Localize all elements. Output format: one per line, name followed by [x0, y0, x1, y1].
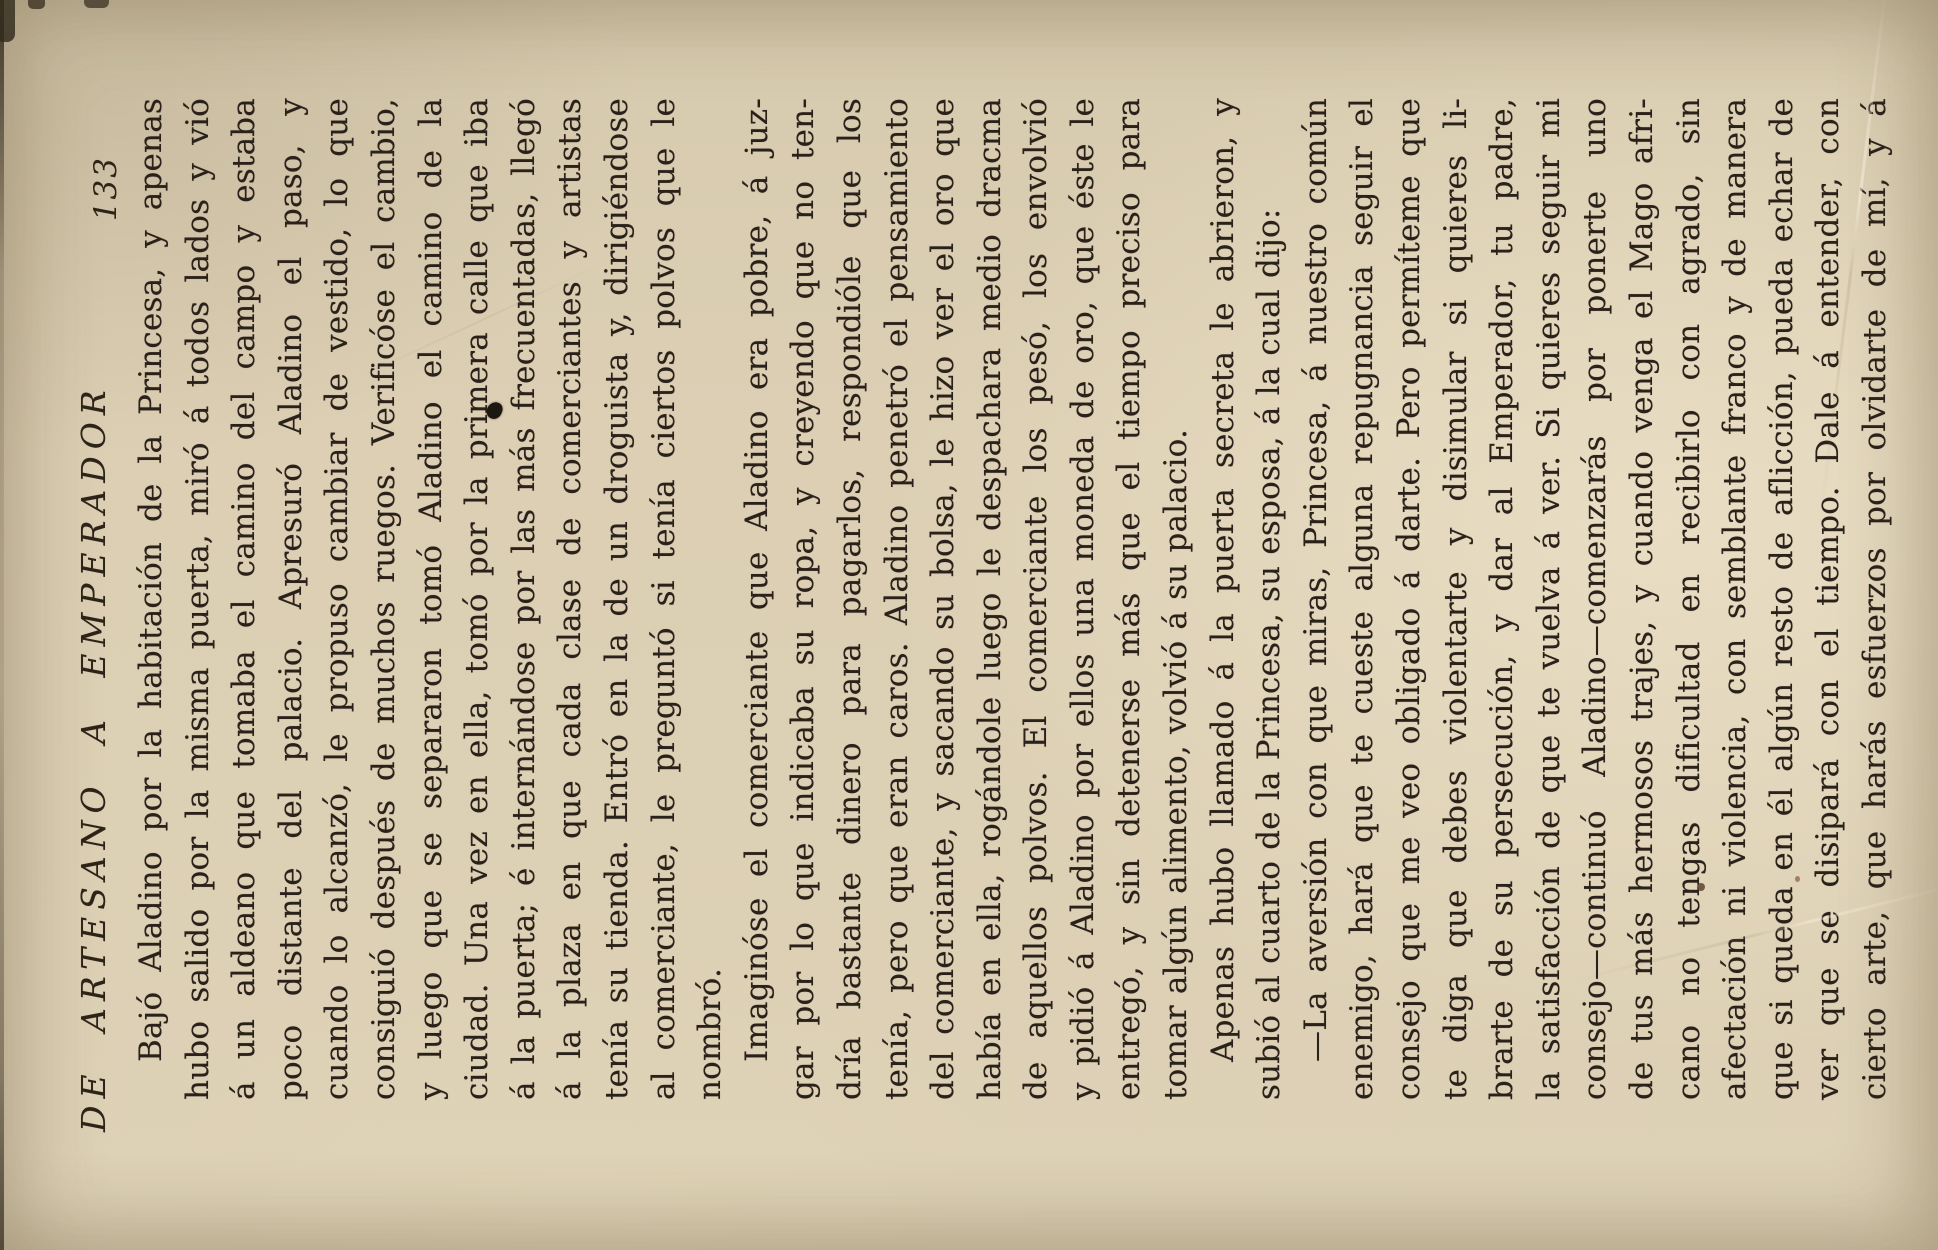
text-line: poco distante del palacio. Apresuró Alad…: [268, 98, 315, 1100]
text-line: tenía su tienda. Entró en la de un drogu…: [594, 98, 641, 1100]
text-line: y luego que se separaron tomó Aladino el…: [408, 98, 455, 1100]
text-line: consejo que me veo obligado á darte. Per…: [1386, 98, 1433, 1100]
body-text: Bajó Aladino por la habitación de la Pri…: [128, 98, 1899, 1100]
text-line: Imaginóse el comerciante que Aladino era…: [734, 98, 781, 1100]
scanned-book-page: DE ARTESANO A EMPERADOR 133 Bajó Aladino…: [0, 0, 1938, 1250]
text-line: brarte de su persecución, y dar al Emper…: [1479, 98, 1526, 1100]
ink-speck: [1697, 883, 1705, 891]
text-line: y pidió á Aladino por ellos una moneda d…: [1060, 98, 1107, 1100]
text-line: había en ella, rogándole luego le despac…: [967, 98, 1014, 1100]
text-line: tomar algún alimento, volvió á su palaci…: [1153, 98, 1200, 1100]
text-line: —La aversión con que miras, Princesa, á …: [1293, 98, 1340, 1100]
text-line: de aquellos polvos. El comerciante los p…: [1013, 98, 1060, 1100]
text-line: afectación ni violencia, con semblante f…: [1712, 98, 1759, 1100]
text-line: á la plaza en que cada clase de comercia…: [547, 98, 594, 1100]
text-line: dría bastante dinero para pagarlos, resp…: [827, 98, 874, 1100]
text-line: hubo salido por la misma puerta, miró á …: [175, 98, 222, 1100]
text-line: que si queda en él algún resto de aflicc…: [1759, 98, 1806, 1100]
text-line: la satisfacción de que te vuelva á ver. …: [1526, 98, 1573, 1100]
text-line: te diga que debes violentarte y disimula…: [1433, 98, 1480, 1100]
scan-edge-artifact: [84, 0, 109, 8]
text-line: al comerciante, le preguntó si tenía cie…: [641, 98, 688, 1100]
running-head-title: DE ARTESANO A EMPERADOR: [74, 383, 113, 1132]
text-line: del comerciante, y sacando su bolsa, le …: [920, 98, 967, 1100]
text-line: gar por lo que indicaba su ropa, y creye…: [780, 98, 827, 1100]
text-line: cierto arte, que harás esfuerzos por olv…: [1852, 98, 1899, 1100]
page-number: 133: [88, 156, 124, 221]
text-line: Bajó Aladino por la habitación de la Pri…: [128, 98, 175, 1100]
text-line: entregó, y sin detenerse más que el tiem…: [1106, 98, 1153, 1100]
text-line: consiguió después de muchos ruegos. Veri…: [361, 98, 408, 1100]
text-line: Apenas hubo llamado á la puerta secreta …: [1200, 98, 1247, 1100]
text-line: á la puerta; é internándose por las más …: [501, 98, 548, 1100]
text-line: ciudad. Una vez en ella, tomó por la pri…: [454, 98, 501, 1100]
text-line: tenía, pero que eran caros. Aladino pene…: [874, 98, 921, 1100]
ink-speck: [1795, 876, 1800, 882]
text-line: consejo—continuó Aladino—comenzarás por …: [1572, 98, 1619, 1100]
scan-edge-artifact: [28, 0, 45, 9]
scan-edge-artifact: [0, 0, 4, 1250]
running-head: DE ARTESANO A EMPERADOR 133: [74, 98, 124, 1132]
text-line: nombró.: [687, 98, 734, 1100]
text-line: subió al cuarto de la Princesa, su espos…: [1246, 98, 1293, 1100]
text-line: á un aldeano que tomaba el camino del ca…: [221, 98, 268, 1100]
text-line: enemigo, hará que te cueste alguna repug…: [1339, 98, 1386, 1100]
page-content-rotated: DE ARTESANO A EMPERADOR 133 Bajó Aladino…: [0, 0, 1938, 1250]
text-line: cuando lo alcanzó, le propuso cambiar de…: [314, 98, 361, 1100]
text-line: ver que se disipará con el tiempo. Dale …: [1805, 98, 1852, 1100]
scan-edge-artifact: [0, 0, 15, 42]
text-line: de tus más hermosos trajes, y cuando ven…: [1619, 98, 1666, 1100]
